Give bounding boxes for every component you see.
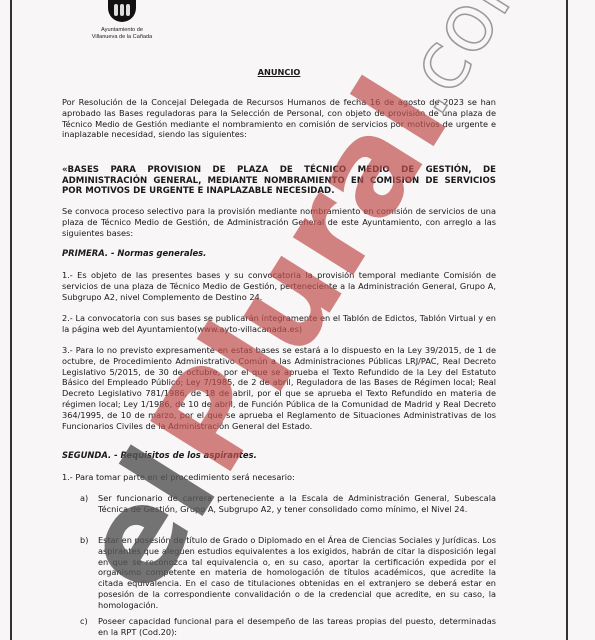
primera-item-3: 3.- Para lo no previsto expresamente en … (62, 345, 496, 431)
municipal-logo: Ayuntamiento de Villanueva de la Cañada (89, 0, 155, 41)
requirement-marker: b) (80, 535, 88, 546)
requirement-marker: c) (80, 616, 88, 627)
convoca-paragraph: Se convoca proceso selectivo para la pro… (62, 206, 496, 238)
logo-line-1: Ayuntamiento de (89, 27, 155, 34)
section-heading-primera: PRIMERA. - Normas generales. (62, 248, 206, 258)
requirement-text: Estar en posesión de título de Grado o D… (98, 535, 496, 611)
page-border-right (566, 0, 568, 640)
bases-title: «BASES PARA PROVISION DE PLAZA DE TÉCNIC… (62, 165, 496, 197)
document-title: ANUNCIO (62, 67, 496, 77)
requirement-text: Ser funcionario de carrera perteneciente… (98, 493, 496, 515)
primera-item-1: 1.- Es objeto de las presentes bases y s… (62, 270, 496, 302)
coat-of-arms-icon (108, 0, 136, 22)
logo-line-2: Villanueva de la Cañada (89, 34, 155, 41)
logo-caption: Ayuntamiento de Villanueva de la Cañada (89, 27, 155, 41)
segunda-intro: 1.- Para tomar parte en el procedimiento… (62, 472, 496, 483)
requirement-a: a) Ser funcionario de carrera pertenecie… (80, 493, 496, 515)
requirement-text: Poseer capacidad funcional para el desem… (98, 616, 496, 638)
page-border-left (10, 0, 12, 640)
section-heading-segunda: SEGUNDA. - Requisitos de los aspirantes. (62, 450, 257, 460)
requirement-c: c) Poseer capacidad funcional para el de… (80, 616, 496, 638)
requirement-b: b) Estar en posesión de título de Grado … (80, 535, 496, 611)
primera-item-2: 2.- La convocatoria con sus bases se pub… (62, 313, 496, 335)
requirement-marker: a) (80, 493, 88, 504)
intro-paragraph: Por Resolución de la Concejal Delegada d… (62, 97, 496, 140)
